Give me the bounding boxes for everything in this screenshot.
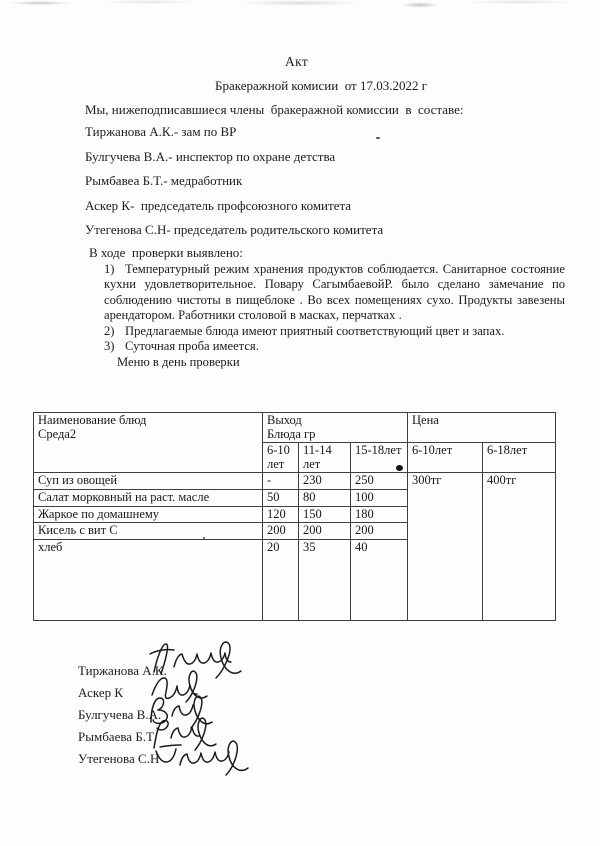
age-column-header: 6-18лет [483,443,556,473]
portion-cell: 200 [263,523,299,540]
doc-subtitle: Бракеражной комисии от 17.03.2022 г [215,78,427,94]
finding-item: 2)Предлагаемые блюда имеют приятный соот… [104,324,565,339]
member-line: Тиржанова А.К.- зам по ВР [85,124,383,149]
dish-name-cell [34,555,263,621]
finding-text: Предлагаемые блюда имеют приятный соотве… [125,324,504,338]
portion-cell: 230 [299,473,351,490]
signature-name: Рымбаева Б.Т [78,729,154,745]
price-cell: 300тг [408,473,483,621]
price-group-header: Цена [408,413,556,443]
member-line: Аскер К- председатель профсоюзного комит… [85,198,383,223]
dish-name-cell: Суп из овощей [34,473,263,490]
portion-cell: 100 [351,490,408,507]
dish-name-cell: Жаркое по домашнему [34,506,263,523]
age-column-header: 6-10 лет [263,443,299,473]
portion-cell: 200 [299,523,351,540]
ink-speck [203,537,205,539]
finding-item: 1)Температурный режим хранения продуктов… [104,262,565,324]
age-column-header: 6-10лет [408,443,483,473]
member-line: Рымбавеа Б.Т.- медработник [85,173,383,198]
portion-cell: 150 [299,506,351,523]
menu-note: Меню в день проверки [117,355,240,370]
portion-cell: 200 [351,523,408,540]
signature-name: Аскер К [78,685,123,701]
portion-cell: 40 [351,539,408,555]
intro-text: Мы, нижеподписавшиеся члены бракеражной … [85,102,463,118]
portion-cell: 180 [351,506,408,523]
dish-name-cell: Кисель с вит С [34,523,263,540]
findings-heading: В ходе проверки выявлено: [89,245,243,261]
table-header-row: Наименование блюд Среда2 Выход Блюда гр … [34,413,556,443]
findings-list: 1)Температурный режим хранения продуктов… [104,262,565,354]
finding-number: 3) [104,339,117,354]
finding-number: 2) [104,324,117,339]
scan-noise-artifact [0,0,600,14]
portion-cell: - [263,473,299,490]
portion-cell: 250 [351,473,408,490]
output-group-header: Выход Блюда гр [263,413,408,443]
portion-cell [351,555,408,621]
price-cell: 400тг [483,473,556,621]
dish-name-cell: хлеб [34,539,263,555]
portion-cell: 120 [263,506,299,523]
ink-dot [396,465,403,471]
handwritten-signature-icon [152,735,256,777]
table-row: Суп из овощей - 230 250 300тг 400тг [34,473,556,490]
portion-cell: 35 [299,539,351,555]
age-column-header: 11-14 лет [299,443,351,473]
portion-cell: 80 [299,490,351,507]
member-line: Булгучева В.А.- инспектор по охране детс… [85,149,383,174]
menu-table: Наименование блюд Среда2 Выход Блюда гр … [33,412,556,621]
finding-item: 3)Суточная проба имеется. [104,339,565,354]
member-line: Утегенова С.Н- председатель родительског… [85,222,383,247]
portion-cell [299,555,351,621]
portion-cell [263,555,299,621]
finding-text: Температурный режим хранения продуктов с… [104,262,565,322]
finding-number: 1) [104,262,117,277]
dish-name-header: Наименование блюд Среда2 [34,413,263,473]
finding-text: Суточная проба имеется. [125,339,259,353]
dish-name-cell: Салат морковный на раст. масле [34,490,263,507]
ink-speck [376,137,380,139]
portion-cell: 20 [263,539,299,555]
portion-cell: 50 [263,490,299,507]
commission-members-list: Тиржанова А.К.- зам по ВР Булгучева В.А.… [85,124,383,247]
page-title: Акт [285,54,308,70]
scanned-document-page: Акт Бракеражной комисии от 17.03.2022 г … [0,0,600,846]
